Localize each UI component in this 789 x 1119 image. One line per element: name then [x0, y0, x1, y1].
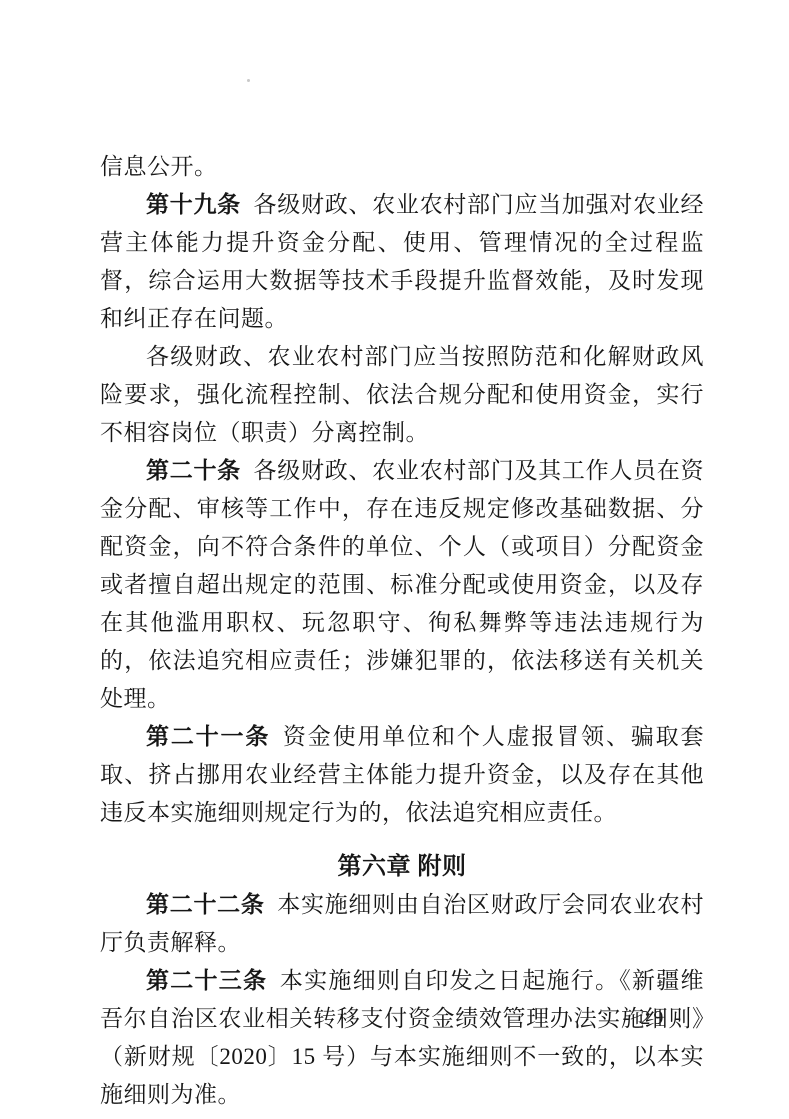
article-number-21: 第二十一条 — [146, 724, 270, 749]
paragraph-text: 各级财政、农业农村部门及其工作人员在资金分配、审核等工作中，存在违反规定修改基础… — [100, 458, 704, 711]
paragraph-article-23: 第二十三条本实施细则自印发之日起施行。《新疆维吾尔自治区农业相关转移支付资金绩效… — [100, 962, 704, 1114]
document-page: 信息公开。 第十九条各级财政、农业农村部门应当加强对农业经营主体能力提升资金分配… — [0, 0, 789, 1119]
paragraph-article-22: 第二十二条本实施细则由自治区财政厅会同农业农村厅负责解释。 — [100, 886, 704, 962]
paragraph-article-20: 第二十条各级财政、农业农村部门及其工作人员在资金分配、审核等工作中，存在违反规定… — [100, 452, 704, 718]
page-number: - 29 - — [623, 1006, 684, 1030]
article-number-20: 第二十条 — [146, 458, 241, 483]
body-text: 信息公开。 第十九条各级财政、农业农村部门应当加强对农业经营主体能力提升资金分配… — [100, 148, 704, 1114]
scan-artifact-speck — [247, 79, 250, 82]
paragraph-text: 信息公开。 — [100, 154, 218, 179]
paragraph-plain: 各级财政、农业农村部门应当按照防范和化解财政风险要求，强化流程控制、依法合规分配… — [100, 338, 704, 452]
paragraph-continuation: 信息公开。 — [100, 148, 704, 186]
paragraph-article-21: 第二十一条资金使用单位和个人虚报冒领、骗取套取、挤占挪用农业经营主体能力提升资金… — [100, 718, 704, 832]
article-number-19: 第十九条 — [146, 192, 241, 217]
paragraph-article-19: 第十九条各级财政、农业农村部门应当加强对农业经营主体能力提升资金分配、使用、管理… — [100, 186, 704, 338]
article-number-23: 第二十三条 — [146, 968, 267, 993]
chapter-heading: 第六章 附则 — [100, 848, 704, 886]
paragraph-text: 各级财政、农业农村部门应当按照防范和化解财政风险要求，强化流程控制、依法合规分配… — [100, 344, 704, 445]
article-number-22: 第二十二条 — [146, 892, 265, 917]
